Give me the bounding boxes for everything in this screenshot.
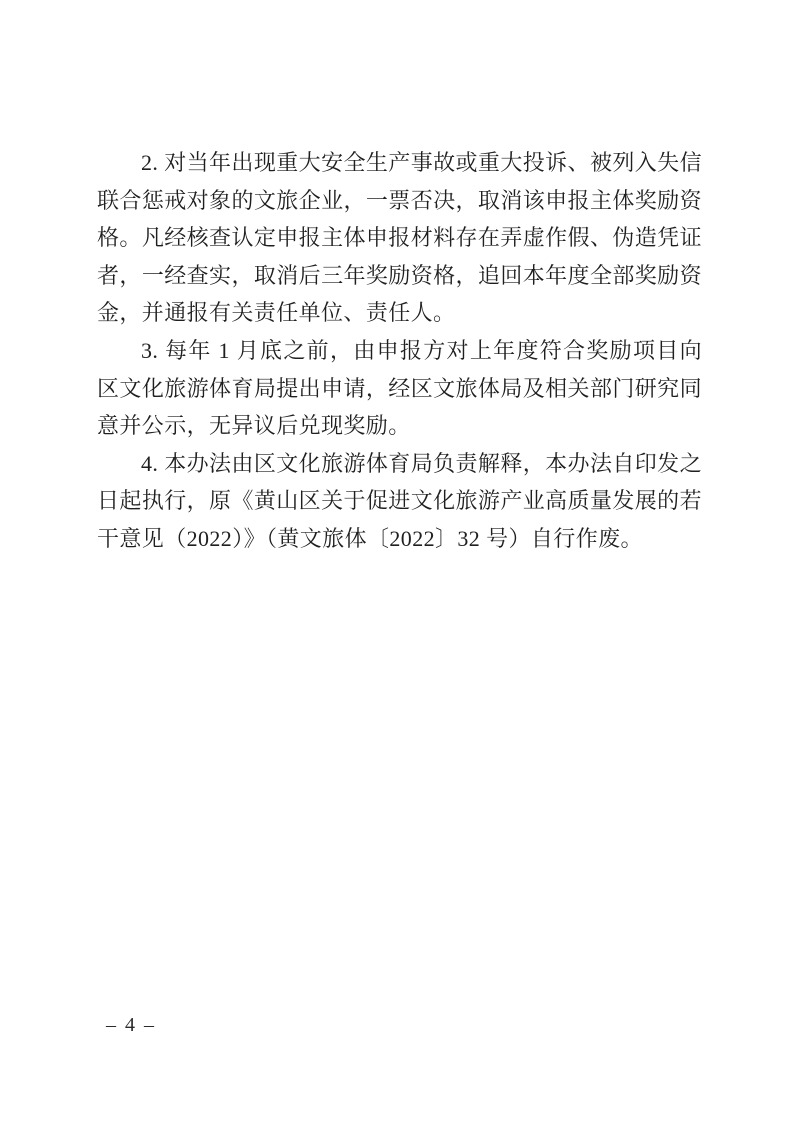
paragraph-item-4: 4. 本办法由区文化旅游体育局负责解释，本办法自印发之日起执行，原《黄山区关于促… (97, 445, 702, 558)
paragraph-item-2: 2. 对当年出现重大安全生产事故或重大投诉、被列入失信联合惩戒对象的文旅企业，一… (97, 144, 702, 332)
document-body: 2. 对当年出现重大安全生产事故或重大投诉、被列入失信联合惩戒对象的文旅企业，一… (97, 144, 702, 558)
document-page: 2. 对当年出现重大安全生产事故或重大投诉、被列入失信联合惩戒对象的文旅企业，一… (0, 0, 793, 1122)
page-number: – 4 – (106, 1014, 156, 1037)
paragraph-item-3: 3. 每年 1 月底之前，由申报方对上年度符合奖励项目向区文化旅游体育局提出申请… (97, 332, 702, 445)
